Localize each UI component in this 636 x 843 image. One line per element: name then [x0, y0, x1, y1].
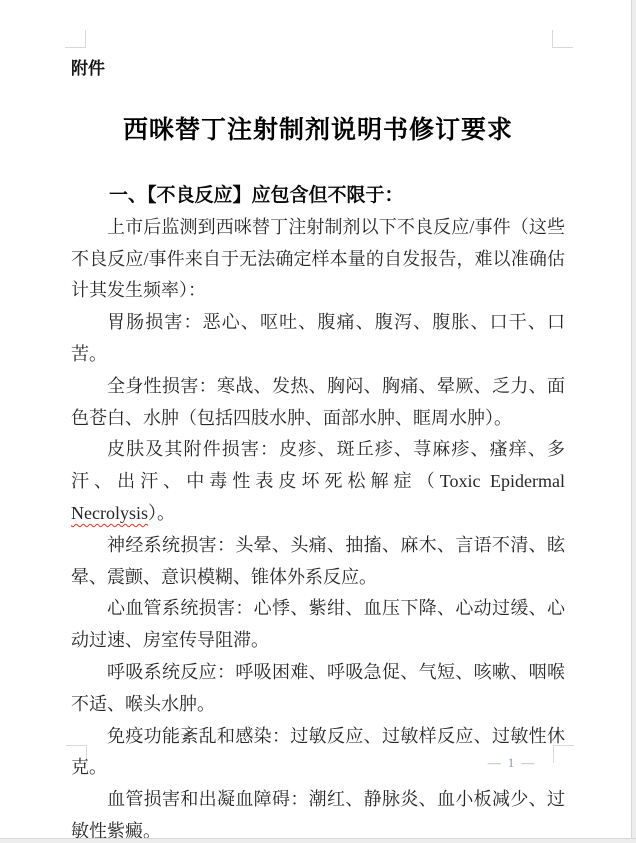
paragraph-respiratory: 呼吸系统反应：呼吸困难、呼吸急促、气短、咳嗽、咽喉不适、喉头水肿。 [71, 657, 565, 721]
paragraph-vascular: 血管损害和出凝血障碍：潮红、静脉炎、血小板减少、过敏性紫癜。 [71, 784, 565, 843]
paragraph-immune: 免疫功能紊乱和感染：过敏反应、过敏样反应、过敏性休克。 [71, 721, 565, 785]
paragraph-skin: 皮肤及其附件损害：皮疹、斑丘疹、荨麻疹、瘙痒、多汗、出汗、中毒性表皮坏死松解症（… [71, 434, 565, 529]
paragraph-intro: 上市后监测到西咪替丁注射制剂以下不良反应/事件（这些不良反应/事件来自于无法确定… [71, 212, 565, 307]
footer-dash-right: — [521, 755, 534, 771]
misspelled-word: Necrolysis [71, 503, 148, 523]
page-edge-right [631, 0, 636, 843]
paragraph-nervous-system: 神经系统损害：头晕、头痛、抽搐、麻木、言语不清、眩晕、震颤、意识模糊、锥体外系反… [71, 530, 565, 594]
section-heading: 一、【不良反应】应包含但不限于： [71, 180, 565, 212]
page-number-footer: — 1 — [481, 755, 541, 771]
page-title: 西咪替丁注射制剂说明书修订要求 [0, 110, 636, 146]
paragraph-cardiovascular: 心血管系统损害：心悸、紫绀、血压下降、心动过缓、心动过速、房室传导阻滞。 [71, 593, 565, 657]
crop-mark-top-right [552, 30, 573, 48]
page-number: 1 [508, 755, 515, 771]
footer-dash-left: — [488, 755, 501, 771]
paragraph-gastrointestinal: 胃肠损害：恶心、呕吐、腹痛、腹泻、腹胀、口干、口苦。 [71, 307, 565, 371]
document-page: 附件 西咪替丁注射制剂说明书修订要求 一、【不良反应】应包含但不限于： 上市后监… [0, 0, 636, 843]
attachment-label: 附件 [71, 54, 105, 79]
paragraph-systemic: 全身性损害：寒战、发热、胸闷、胸痛、晕厥、乏力、面色苍白、水肿（包括四肢水肿、面… [71, 371, 565, 435]
paragraph-skin-closing: ）。 [148, 503, 175, 523]
paragraph-skin-text: 皮肤及其附件损害：皮疹、斑丘疹、荨麻疹、瘙痒、多汗、出汗、中毒性表皮坏死松解症（… [71, 439, 565, 491]
document-body: 一、【不良反应】应包含但不限于： 上市后监测到西咪替丁注射制剂以下不良反应/事件… [71, 180, 565, 843]
page-edge-bottom [0, 838, 636, 843]
crop-mark-top-left [65, 30, 86, 48]
